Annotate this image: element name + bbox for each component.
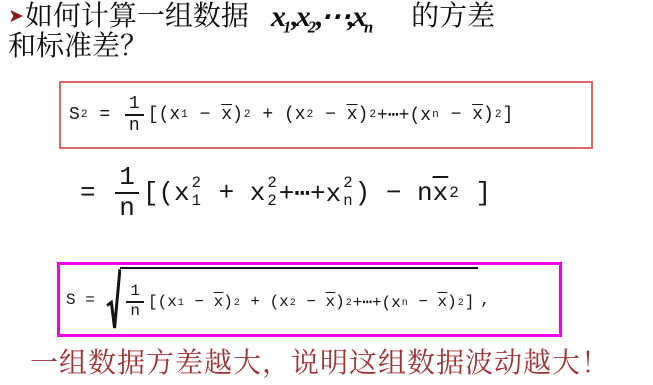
stddev-formula: S = 1n[(x1 − x)2 + (x2 − x)2+⋯+(xn − x)2… — [66, 267, 490, 331]
variance-formula: S2 = 1n[(x1 − x)2 + (x2 − x)2+⋯+(xn − x)… — [69, 94, 513, 136]
radical-sign-icon — [106, 267, 121, 331]
fraction: 1n — [125, 94, 144, 136]
fraction: 1n — [126, 283, 144, 321]
title-line1-suffix: 的方差 — [411, 2, 495, 32]
title-line2-text: 和标准差？ — [8, 32, 148, 62]
radical: 1n[(x1 − x)2 + (x2 − x)2+⋯+(xn − x)2] — [106, 267, 478, 331]
stddev-formula-box: S = 1n[(x1 − x)2 + (x2 − x)2+⋯+(xn − x)2… — [57, 262, 562, 337]
variance-expanded-formula: = 1n[(x21 + x22+⋯+x2n) − nx2 ] — [80, 163, 491, 223]
slide-title-line2: 和标准差？ — [8, 32, 148, 62]
fraction: 1n — [115, 163, 139, 223]
title-line1-prefix: 如何计算一组数据 — [25, 2, 249, 32]
conclusion-text: 一组数据方差越大，说明这组数据波动越大！ — [30, 348, 610, 380]
arrow-bullet-icon: ➤ — [8, 2, 24, 32]
variance-formula-box: S2 = 1n[(x1 − x)2 + (x2 − x)2+⋯+(xn − x)… — [59, 81, 593, 149]
slide: ➤ 如何计算一组数据 x1,x2,⋯,xn 的方差 和标准差？ S2 = 1n[… — [0, 0, 653, 385]
title-data-sequence: x1,x2,⋯,xn — [271, 2, 373, 43]
